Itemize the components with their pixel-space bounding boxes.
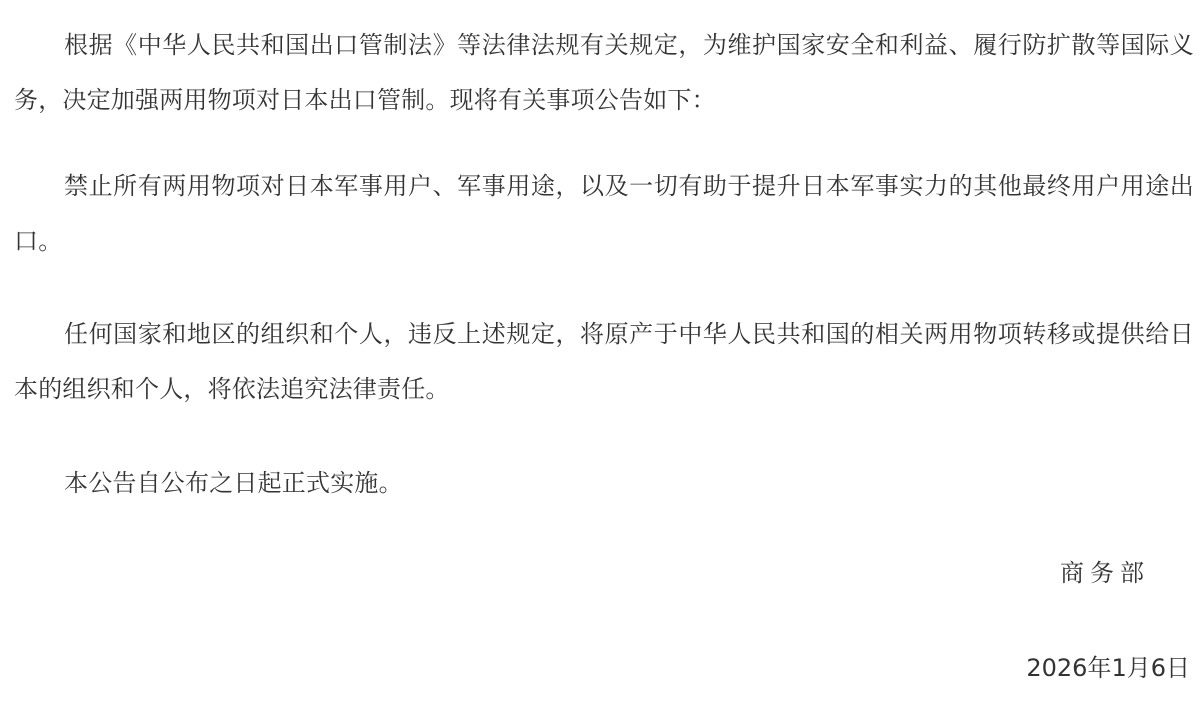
paragraph-effective-date: 本公告自公布之日起正式实施。	[14, 456, 1194, 511]
paragraph-export-ban: 禁止所有两用物项对日本军事用户、军事用途，以及一切有助于提升日本军事实力的其他最…	[14, 159, 1194, 269]
paragraph-legal-basis: 根据《中华人民共和国出口管制法》等法律法规有关规定，为维护国家安全和利益、履行防…	[14, 18, 1194, 128]
issue-date: 2026年1月6日	[1026, 653, 1190, 683]
issuing-organization: 商务部	[1060, 558, 1150, 588]
paragraph-liability: 任何国家和地区的组织和个人，违反上述规定，将原产于中华人民共和国的相关两用物项转…	[14, 307, 1194, 417]
